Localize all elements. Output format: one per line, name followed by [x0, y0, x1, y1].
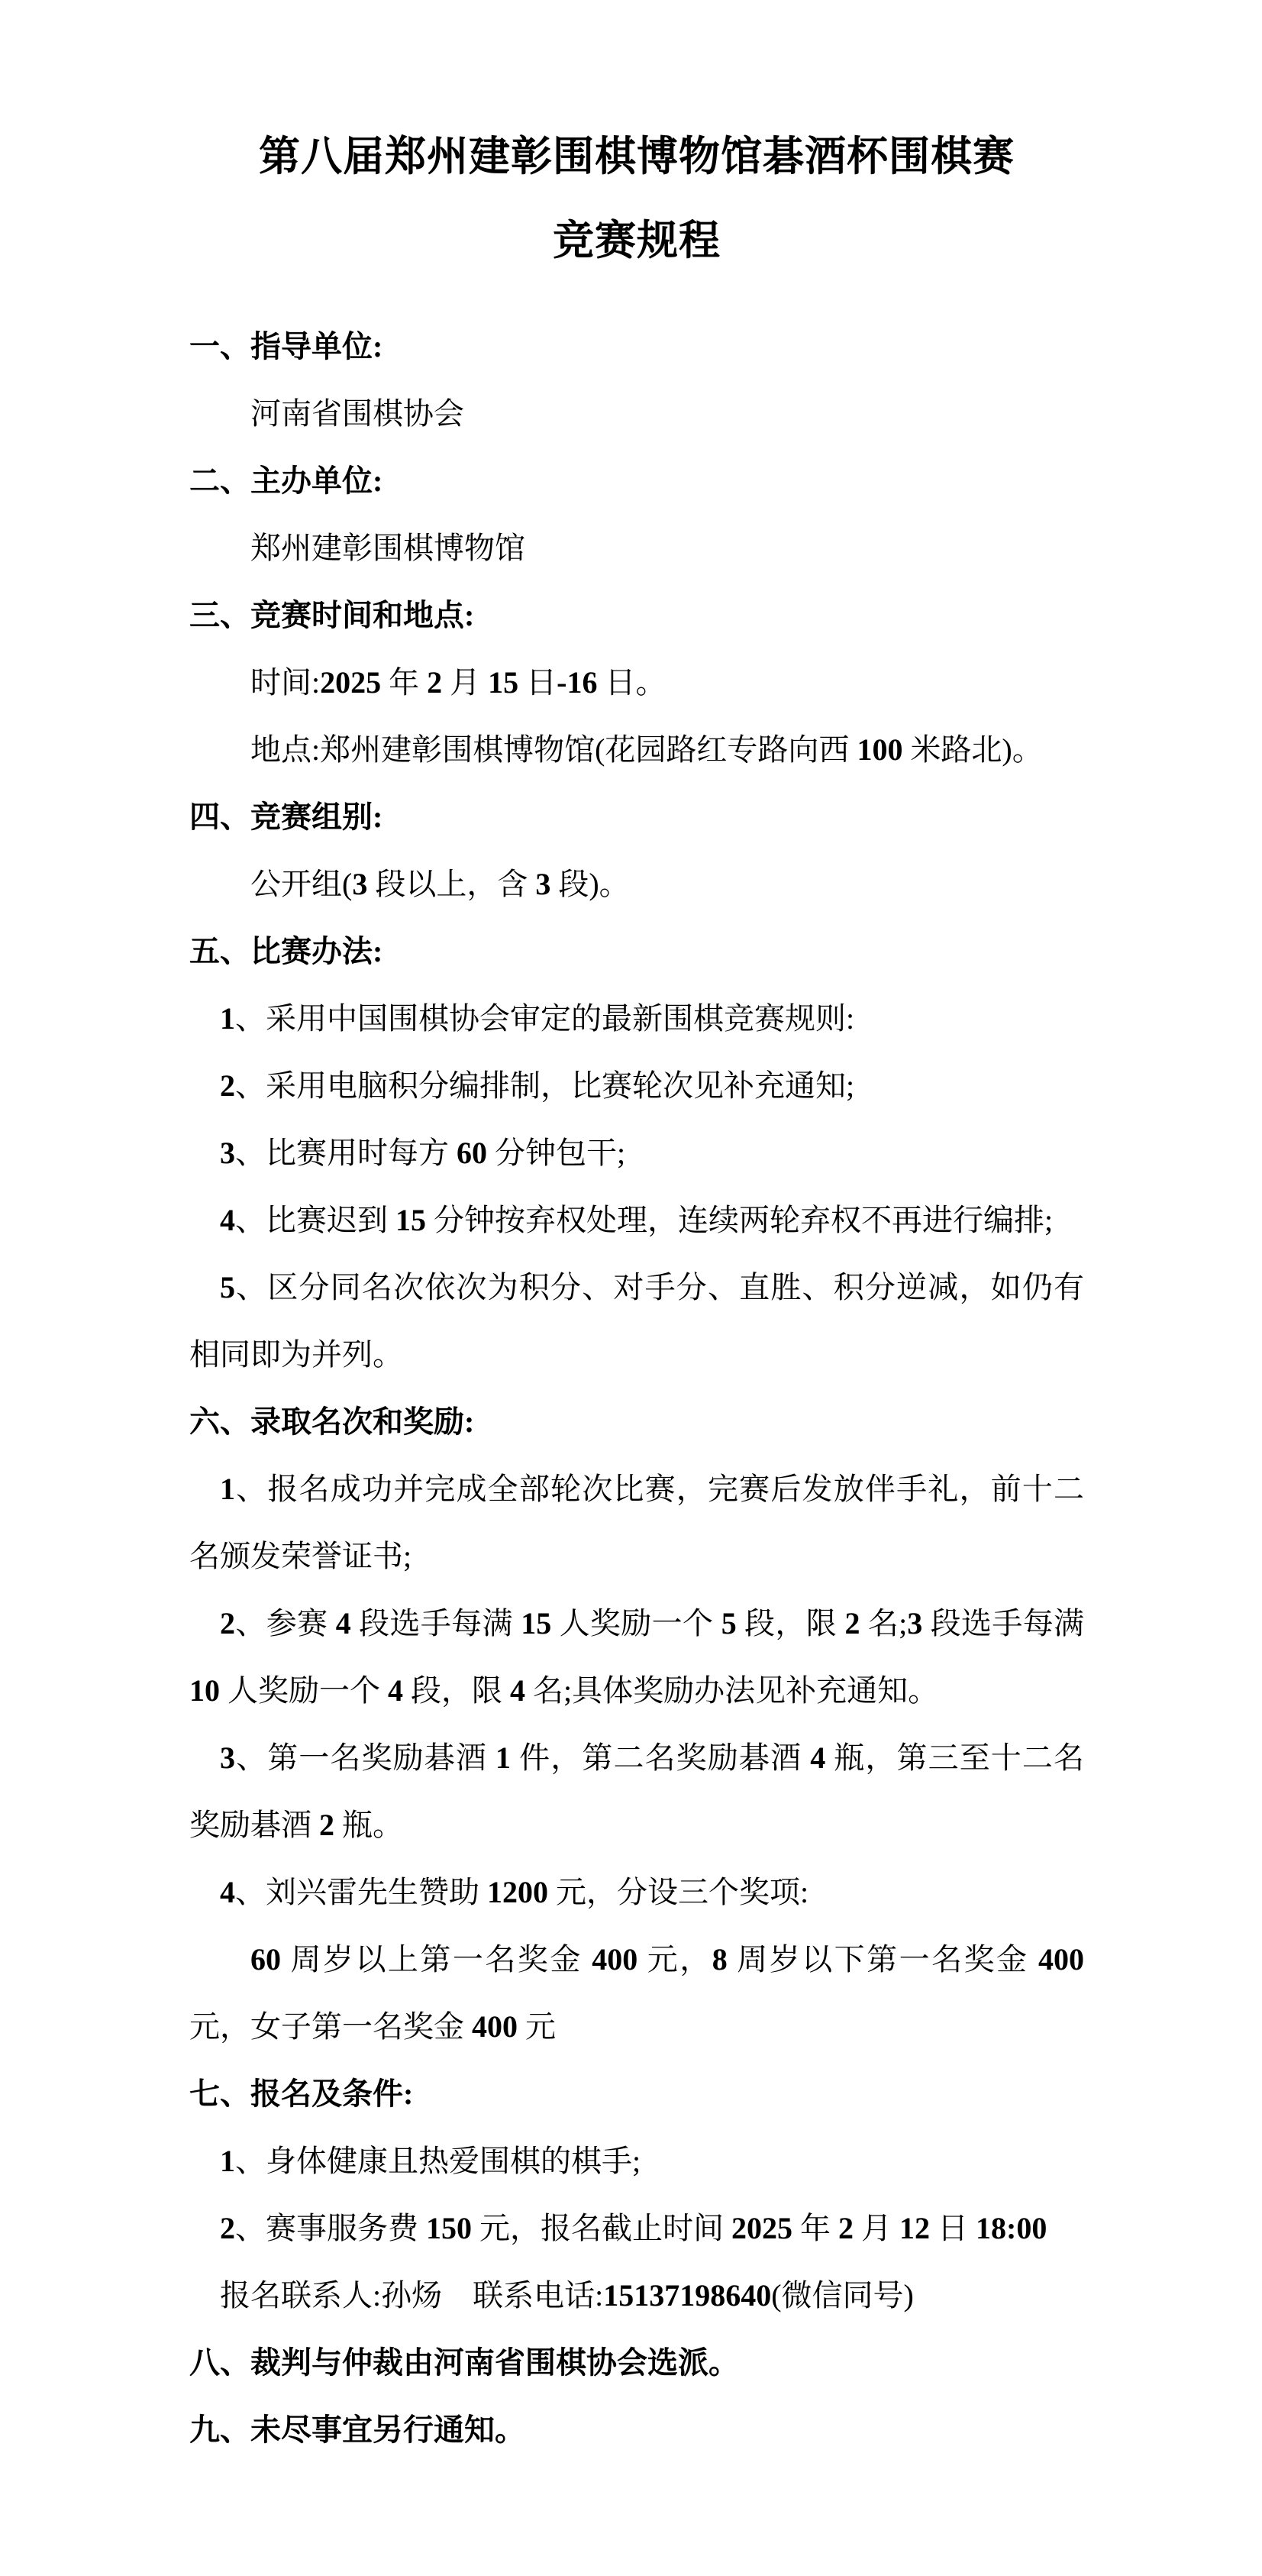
- document-page: 第八届郑州建彰围棋博物馆碁酒杯围棋赛 竞赛规程 一、指导单位:河南省围棋协会二、…: [0, 0, 1262, 2576]
- body-paragraph: 4、刘兴雷先生赞助 1200 元，分设三个奖项:: [189, 1859, 1084, 1926]
- document-body: 一、指导单位:河南省围棋协会二、主办单位:郑州建彰围棋博物馆三、竞赛时间和地点:…: [189, 313, 1084, 2464]
- body-paragraph: 郑州建彰围棋博物馆: [189, 515, 1084, 582]
- body-paragraph: 2、采用电脑积分编排制，比赛轮次见补充通知;: [189, 1052, 1084, 1120]
- section-heading: 六、录取名次和奖励:: [189, 1388, 1084, 1456]
- section-heading: 五、比赛办法:: [189, 918, 1084, 985]
- title-line-2: 竞赛规程: [189, 199, 1084, 283]
- section-heading: 三、竞赛时间和地点:: [189, 582, 1084, 649]
- section-heading: 四、竞赛组别:: [189, 784, 1084, 851]
- body-paragraph: 60 周岁以上第一名奖金 400 元，8 周岁以下第一名奖金 400 元，女子第…: [189, 1926, 1084, 2060]
- body-paragraph: 5、区分同名次依次为积分、对手分、直胜、积分逆减，如仍有相同即为并列。: [189, 1254, 1084, 1388]
- body-paragraph: 1、身体健康且热爱围棋的棋手;: [189, 2128, 1084, 2195]
- section-heading: 七、报名及条件:: [189, 2060, 1084, 2128]
- section-heading: 一、指导单位:: [189, 313, 1084, 380]
- body-paragraph: 3、第一名奖励碁酒 1 件，第二名奖励碁酒 4 瓶，第三至十二名奖励碁酒 2 瓶…: [189, 1724, 1084, 1859]
- body-paragraph: 河南省围棋协会: [189, 380, 1084, 448]
- section-heading: 二、主办单位:: [189, 448, 1084, 515]
- body-paragraph: 4、比赛迟到 15 分钟按弃权处理，连续两轮弃权不再进行编排;: [189, 1187, 1084, 1254]
- body-paragraph: 地点:郑州建彰围棋博物馆(花园路红专路向西 100 米路北)。: [189, 716, 1084, 784]
- title-line-1: 第八届郑州建彰围棋博物馆碁酒杯围棋赛: [189, 115, 1084, 199]
- document-title: 第八届郑州建彰围棋博物馆碁酒杯围棋赛 竞赛规程: [189, 115, 1084, 283]
- body-paragraph: 报名联系人:孙炀 联系电话:15137198640(微信同号): [189, 2262, 1084, 2329]
- body-paragraph: 时间:2025 年 2 月 15 日-16 日。: [189, 649, 1084, 716]
- section-heading: 八、裁判与仲裁由河南省围棋协会选派。: [189, 2329, 1084, 2397]
- body-paragraph: 2、参赛 4 段选手每满 15 人奖励一个 5 段，限 2 名;3 段选手每满 …: [189, 1590, 1084, 1724]
- body-paragraph: 3、比赛用时每方 60 分钟包干;: [189, 1120, 1084, 1187]
- section-heading: 九、未尽事宜另行通知。: [189, 2397, 1084, 2464]
- body-paragraph: 1、报名成功并完成全部轮次比赛，完赛后发放伴手礼，前十二名颁发荣誉证书;: [189, 1456, 1084, 1590]
- body-paragraph: 1、采用中国围棋协会审定的最新围棋竞赛规则:: [189, 985, 1084, 1052]
- body-paragraph: 2、赛事服务费 150 元，报名截止时间 2025 年 2 月 12 日 18:…: [189, 2195, 1084, 2262]
- body-paragraph: 公开组(3 段以上，含 3 段)。: [189, 851, 1084, 918]
